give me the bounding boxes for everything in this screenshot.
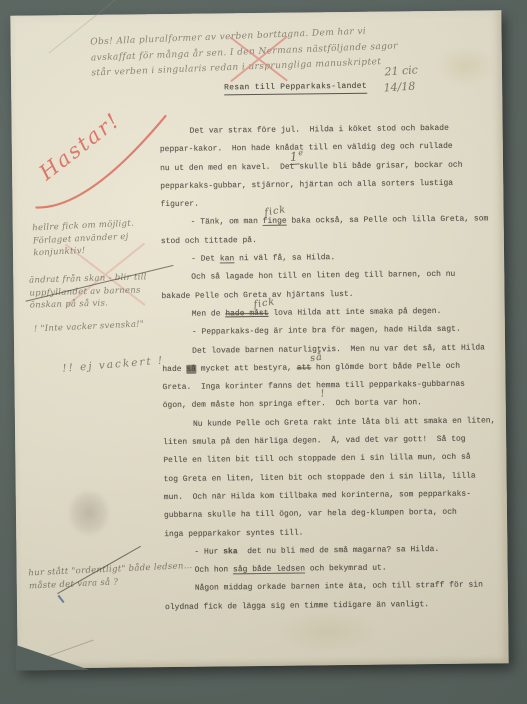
margin-pencil-note: ändrat från skan - blir tilluppfyllandet… xyxy=(29,271,148,312)
document-title: Resan till Pepparkaks-landet xyxy=(224,82,367,96)
text-segment: figurer. xyxy=(160,200,199,209)
text-segment: pepparkaks-gubbar, stjärnor, hjärtan och… xyxy=(160,179,453,191)
text-segment: inga pepparkakor syntes till. xyxy=(164,528,303,539)
text-segment: hon glömde bort både Pelle och xyxy=(311,362,460,373)
text-segment: - Pepparkaks-deg är inte bra för magen, … xyxy=(192,325,461,337)
text-segment: Någon middag orkade barnen inte äta, och… xyxy=(195,581,483,593)
edited-text-segment: finge xyxy=(263,217,287,226)
text-segment: lova Hilda att inte smaka på degen. xyxy=(268,307,441,318)
scanned-manuscript-scene: Obs! Alla pluralformer av verben borttag… xyxy=(0,0,527,704)
typed-line: olydnad fick de lägga sig en timme tidig… xyxy=(165,599,505,621)
fingerprint-smudge xyxy=(60,481,119,546)
text-segment: mycket att bestyra, xyxy=(196,363,297,373)
text-segment: Det lovade barnen naturligtvis. Men nu v… xyxy=(192,343,485,355)
edited-text-segment: kan xyxy=(220,254,235,263)
text-segment: hade xyxy=(162,365,186,374)
text-segment: baka också, sa Pelle och lilla Greta, so… xyxy=(287,215,489,226)
pencil-correction: så xyxy=(309,351,323,364)
text-segment: det nu bli med de små magarna? sa Hilda. xyxy=(238,545,440,556)
text-segment: och bekymrad ut. xyxy=(305,564,387,574)
text-segment: Och hon xyxy=(195,565,234,574)
edited-text-segment: såg både ledsen xyxy=(233,565,305,575)
text-segment: gubbarna skulle ha till ögon, var hela d… xyxy=(164,508,457,520)
text-segment: - Hur xyxy=(194,547,223,556)
count-fraction: 14/18 xyxy=(383,79,419,94)
margin-pencil-note: hellre fick om möjligt.Förlaget använder… xyxy=(32,218,135,260)
page-count-pencil: 21 cic 14/18 xyxy=(384,63,419,94)
margin-note-line: !! ej vackert ! xyxy=(62,355,165,376)
margin-notes: hellre fick om möjligt.Förlaget använder… xyxy=(10,10,501,16)
manuscript-page: Obs! Alla pluralformer av verben borttag… xyxy=(10,10,508,669)
text-segment: Pelle en liten bit till och stoppade den… xyxy=(163,453,470,465)
text-segment: Och så lagade hon till en liten deg till… xyxy=(191,270,455,282)
edited-text-segment: att xyxy=(297,363,312,372)
typed-body: Det var strax före jul. Hilda i köket st… xyxy=(160,123,506,621)
corner-tear xyxy=(15,644,89,671)
margin-pencil-note: ! "Inte vacker svenska!" xyxy=(34,318,145,336)
text-segment: Det var strax före jul. Hilda i köket st… xyxy=(190,124,449,136)
red-cross-mark xyxy=(222,29,295,88)
text-segment: olydnad fick de lägga sig en timme tidig… xyxy=(165,600,429,612)
edited-text-segment: så xyxy=(186,365,196,374)
blue-pencil-tick xyxy=(58,595,65,603)
text-segment: - Det xyxy=(191,255,220,264)
text-segment: Men de xyxy=(192,309,226,318)
margin-note-line: ! "Inte vacker svenska!" xyxy=(34,318,145,336)
edited-text-segment: ska xyxy=(223,547,238,556)
count-value: 21 cic xyxy=(384,63,418,78)
text-segment: - Tänk, om man xyxy=(191,217,263,227)
text-segment: peppar-kakor. Hon hade knådat till en vä… xyxy=(160,142,453,154)
text-segment: ögon, dem måste hon springa efter. Och b… xyxy=(163,399,422,411)
text-segment: ni väl få, sa Hilda. xyxy=(234,253,335,263)
text-segment: liten smula på den härliga degen. Å, vad… xyxy=(163,435,466,447)
margin-pencil-note: !! ej vackert ! xyxy=(62,355,165,376)
edited-text-segment: hade måst xyxy=(225,309,268,318)
text-segment: stod och tittade på. xyxy=(161,236,257,246)
